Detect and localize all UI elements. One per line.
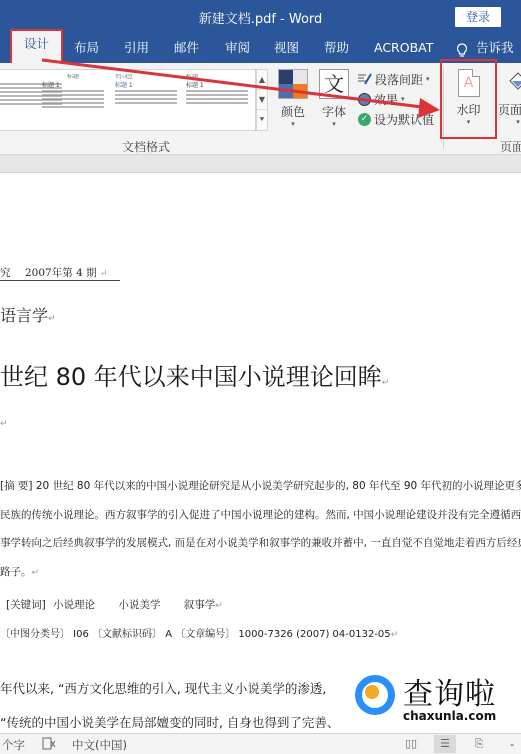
watermark-button[interactable]: A 水印 ▾: [440, 59, 497, 139]
watermark-label: 水印: [442, 101, 495, 118]
document-page[interactable]: 究 2007年第 4 期 ↵ 语言学↵ 世纪 80 年代以来中国小说理论回眸↵ …: [0, 173, 521, 733]
web-layout-icon[interactable]: ⎘: [468, 735, 490, 753]
tab-review[interactable]: 审阅: [225, 33, 250, 63]
paragraph-spacing-icon: [358, 73, 372, 85]
effects-icon: [358, 93, 371, 106]
style-thumbnail[interactable]: 标题 标题 1: [42, 74, 104, 128]
tab-layout[interactable]: 布局: [74, 33, 99, 63]
login-button[interactable]: 登录: [455, 7, 501, 27]
style-thumbnail[interactable]: 标题 标题 1: [115, 74, 177, 128]
window-title: 新建文档.pdf - Word: [0, 8, 521, 27]
chevron-down-icon: ▾: [276, 120, 310, 128]
site-logo: 查询啦 chaxunla.com: [347, 669, 521, 729]
set-as-default-button[interactable]: ✓ 设为默认值: [358, 109, 438, 129]
chevron-down-icon: ▾: [401, 95, 405, 103]
paint-bucket-icon: [506, 69, 521, 97]
tab-acrobat[interactable]: ACROBAT: [374, 33, 433, 63]
tab-mailings[interactable]: 邮件: [174, 33, 199, 63]
abstract-line: 事学转向之后经典叙事学的发展模式, 而是在对小说美学和叙事学的兼收并蓄中, 一直…: [0, 535, 521, 564]
logo-dot: [365, 685, 379, 699]
zoom-out-button[interactable]: -: [510, 737, 514, 751]
colors-button[interactable]: 颜色 ▾: [276, 69, 310, 135]
effects-button[interactable]: 效果 ▾: [358, 89, 438, 109]
word-count[interactable]: 个字: [2, 737, 25, 753]
abstract-line: 路子。↵: [0, 564, 521, 593]
tab-help[interactable]: 帮助: [324, 33, 349, 63]
chevron-down-icon: ▾: [316, 120, 352, 128]
logo-text-en: chaxunla.com: [403, 709, 496, 723]
tab-references[interactable]: 引用: [124, 33, 149, 63]
read-mode-icon[interactable]: ▯▯: [400, 735, 422, 753]
watermark-icon: A: [458, 69, 480, 97]
group-label-page-background: 页面背景: [500, 138, 521, 155]
title-bar: 新建文档.pdf - Word 登录: [0, 0, 521, 33]
print-layout-icon[interactable]: ☰: [434, 735, 456, 753]
ribbon-design: 标题 标题 1 标题 标题 1 标题 标题 1 ▲ ▼ ⯆ 文档格式 颜色 ▾ …: [0, 63, 521, 155]
gallery-more-button[interactable]: ⯆: [257, 110, 267, 130]
logo-text-cn: 查询啦: [403, 669, 496, 713]
status-bar: 个字 中文(中国) ▯▯ ☰ ⎘ -: [0, 733, 521, 754]
page-color-label: 页面颜色: [498, 101, 521, 118]
proofing-icon[interactable]: [42, 737, 56, 753]
tab-view[interactable]: 视图: [274, 33, 299, 63]
classification-line: 〔中图分类号〕 I06 〔文献标识码〕 A 〔文章编号〕 1000-7326 (…: [0, 625, 398, 640]
paragraph-mark-icon: ↵: [100, 269, 108, 279]
fonts-label: 字体: [316, 103, 352, 120]
gallery-scroll-down-button[interactable]: ▼: [257, 90, 267, 110]
gallery-scroll-up-button[interactable]: ▲: [257, 70, 267, 90]
checkmark-icon: ✓: [358, 113, 371, 126]
style-set-gallery[interactable]: 标题 标题 1 标题 标题 1 标题 标题 1: [0, 69, 256, 131]
paragraph-mark-icon: ↵: [0, 419, 8, 429]
group-label-document-formatting: 文档格式: [122, 138, 170, 155]
chevron-down-icon: ▾: [498, 118, 521, 126]
color-palette-icon: [278, 69, 308, 99]
page-color-button[interactable]: 页面颜色 ▾: [498, 69, 521, 135]
format-options: 段落间距 ▾ 效果 ▾ ✓ 设为默认值: [358, 69, 438, 129]
article-title: 世纪 80 年代以来中国小说理论回眸↵: [0, 357, 389, 392]
language-indicator[interactable]: 中文(中国): [72, 737, 127, 753]
colors-label: 颜色: [276, 103, 310, 120]
keywords-line: [关键词] 小说理论 小说美学 叙事学↵: [6, 597, 243, 612]
style-thumbnail[interactable]: 标题 标题 1: [186, 74, 248, 128]
body-text-line: 年代以来, “西方文化思维的引入, 现代主义小说美学的渗透,: [0, 679, 326, 697]
abstract-line: 民族的传统小说理论。西方叙事学的引入促进了中国小说理论的建构。然而, 中国小说理…: [0, 507, 521, 536]
paragraph-spacing-button[interactable]: 段落间距 ▾: [358, 69, 438, 89]
abstract-line: [摘 要] 20 世纪 80 年代以来的中国小说理论研究是从小说美学研究起步的,…: [0, 478, 521, 507]
fonts-button[interactable]: 文 字体 ▾: [316, 69, 352, 135]
gallery-scroll[interactable]: ▲ ▼ ⯆: [256, 69, 268, 131]
journal-issue-line: 究 2007年第 4 期 ↵: [0, 265, 120, 281]
chevron-down-icon: ▾: [426, 75, 430, 83]
chevron-down-icon: ▾: [442, 118, 495, 126]
abstract: [摘 要] 20 世纪 80 年代以来的中国小说理论研究是从小说美学研究起步的,…: [0, 478, 521, 592]
tab-design[interactable]: 设计: [10, 29, 63, 65]
article-category: 语言学↵: [0, 303, 56, 326]
document-canvas-gap: [0, 155, 521, 173]
body-text-line: “传统的中国小说美学在局部嬗变的同时, 自身也得到了完善、: [0, 713, 339, 731]
lightbulb-icon: [456, 40, 468, 56]
font-icon: 文: [319, 69, 349, 99]
